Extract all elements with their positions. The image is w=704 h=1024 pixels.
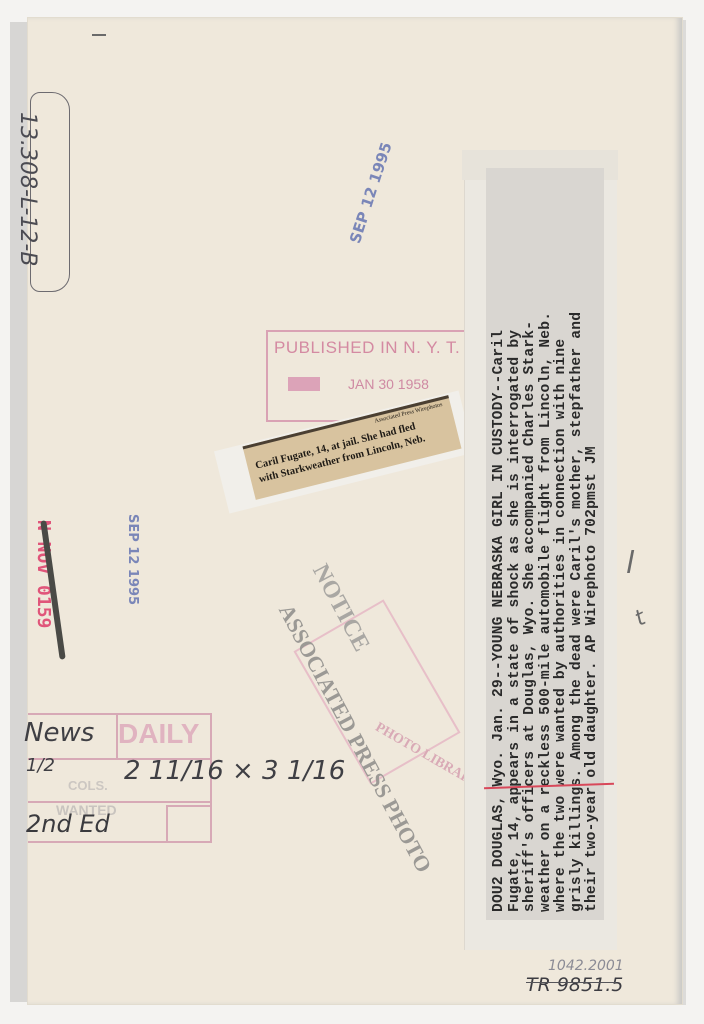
caption-line: sheriff's officers at Douglas, Wyo. She … xyxy=(523,172,539,912)
caption-line: their two-year old daughter. AP Wirephot… xyxy=(585,172,601,912)
pencil-mark xyxy=(92,34,106,36)
caption-line: where the two were wanted by authorities… xyxy=(554,172,570,912)
handwritten-margin-l: l xyxy=(626,546,634,581)
accession-number: 1042.2001 xyxy=(548,958,624,974)
handwritten-edition: 2nd Ed xyxy=(26,810,110,838)
handwritten-half: 1/2 xyxy=(26,755,55,776)
tr-number-strike xyxy=(526,982,616,983)
caption-line: Fugate, 14, appears in a state of shock … xyxy=(508,172,524,912)
tr-number: TR 9851.5 xyxy=(526,974,623,996)
caption-line: grisly killings. Among the dead were Car… xyxy=(570,172,586,912)
handwritten-news: News xyxy=(24,718,94,748)
published-stamp-blot xyxy=(288,377,320,391)
received-stamp-2: SEP 12 1995 xyxy=(125,514,140,605)
daily-label: DAILY xyxy=(118,718,199,750)
caption-line: weather on a reckless 500-mile automobil… xyxy=(539,172,555,912)
catalog-id: 13.308-L-12-B xyxy=(15,112,40,266)
published-stamp-title: PUBLISHED IN N. Y. T. xyxy=(274,338,460,358)
wire-caption: DOU2 DOUGLAS, Wyo. Jan. 29--YOUNG NEBRAS… xyxy=(492,172,601,912)
handwritten-dimensions: 2 11/16 × 3 1/16 xyxy=(124,756,345,786)
cols-label: COLS. xyxy=(68,778,108,793)
caption-line: DOU2 DOUGLAS, Wyo. Jan. 29--YOUNG NEBRAS… xyxy=(492,172,508,912)
published-stamp-date: JAN 30 1958 xyxy=(348,376,429,392)
